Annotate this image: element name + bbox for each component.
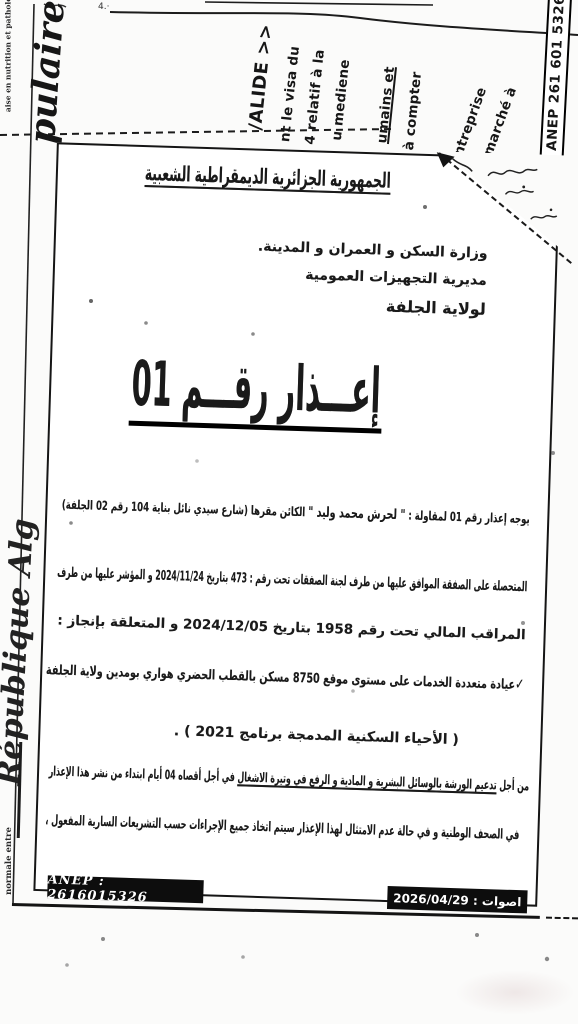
anep-reference-text: ANEP : 2616015326 — [47, 872, 204, 907]
paragraph-company: يوجه إعذار رقم 01 لمقاولة : " لحرش محمد … — [0, 490, 530, 527]
warning-start: من أجل — [496, 778, 529, 794]
masthead-fragment: pulaire — [21, 0, 73, 145]
ministry-line: وزارة السكن و العمران و المدينة. — [258, 239, 488, 262]
paragraph-warning-line1: من أجل تدعيم الورشة بالوسائل البشرية و ا… — [0, 754, 529, 794]
notice-title-text: إعـــذار رقـــم 01 — [129, 353, 384, 434]
work-item-text: عيادة متعددة الخدمات على مستوى موقع 8750… — [46, 662, 516, 693]
newspaper-fragment: u mediene — [329, 59, 353, 142]
scan-noise-dots — [0, 0, 2, 2]
bottom-rule-dashes — [546, 917, 578, 920]
newspaper-fragment: 4 relatif à la — [302, 49, 328, 146]
micro-text-bottom-left: normale entre — [4, 827, 14, 895]
notice-title: إعـــذار رقـــم 01 — [50, 350, 552, 439]
work-item-note: ( الأحياء السكنية المدمجة برنامج 2021 ) … — [40, 716, 540, 751]
company-name: " لحرش محمد وليد " — [307, 504, 405, 523]
contract-line1-text: المتحصلة على الصفقة الموافق عليها من طرف… — [57, 564, 528, 595]
warning-line2-text: في الصحف الوطنية و في حالة عدم الامتثال … — [45, 812, 519, 843]
warning-rest: في أجل أقصاه 04 أيام ابتداء من نشر هذا ا… — [48, 764, 237, 785]
paragraph-company-prefix: يوجه إعذار رقم 01 لمقاولة : — [405, 507, 530, 526]
newspaper-fragment: à compter — [401, 71, 425, 151]
newspaper-fragment: /ALIDE >> — [245, 23, 277, 131]
journal-date-text: اصوات : 2026/04/29 — [393, 891, 522, 909]
scanned-newspaper-page: pulaire /ALIDE >> nt le visa du 4 relati… — [0, 0, 578, 1024]
scan-smudge — [455, 970, 575, 1015]
micro-text-top-left: aise en nutrition et pathologie — [4, 0, 13, 112]
anep-code-box: ANEP 261 601 5326 — [539, 0, 572, 160]
scan-noise-mark: 4.· — [98, 2, 109, 12]
contract-line2-text: المراقب المالي تحت رقم 1958 بتاريخ 2024/… — [57, 613, 526, 644]
work-item-note-text: ( الأحياء السكنية المدمجة برنامج 2021 ) … — [174, 723, 459, 748]
directorate-line: مديرية التجهيزات العمومية — [257, 266, 487, 289]
paragraph-warning-line2: في الصحف الوطنية و في حالة عدم الامتثال … — [0, 802, 520, 843]
work-item-line: ✓عيادة متعددة الخدمات على مستوى موقع 875… — [0, 654, 524, 693]
ministry-block: وزارة السكن و العمران و المدينة. مديرية … — [256, 239, 488, 330]
paragraph-contract-line1: المتحصلة على الصفقة الموافق عليها من طرف… — [0, 553, 527, 595]
checkmark-icon: ✓ — [515, 675, 525, 693]
newspaper-fragment: umains et — [374, 66, 398, 144]
paragraph-company-suffix: الكائن مقرها (شارع سيدي نائل بناية 104 ر… — [61, 497, 308, 520]
journal-date-box: اصوات : 2026/04/29 — [387, 886, 528, 913]
anep-reference-box: ANEP : 2616015326 — [47, 875, 204, 903]
newspaper-fragment: nt le visa du — [277, 45, 303, 143]
fold-corner-mask — [439, 151, 572, 255]
warning-underlined: تدعيم الورشة بالوسائل البشرية و المادية … — [237, 770, 497, 793]
republic-header-text: الجمهورية الجزائرية الديمقراطية الشعبية — [145, 161, 392, 193]
wilaya-line: لولاية الجلفة — [256, 293, 486, 319]
paragraph-contract-line2: المراقب المالي تحت رقم 1958 بتاريخ 2024/… — [57, 613, 526, 644]
official-notice-document: الجمهورية الجزائرية الديمقراطية الشعبية … — [33, 142, 560, 906]
